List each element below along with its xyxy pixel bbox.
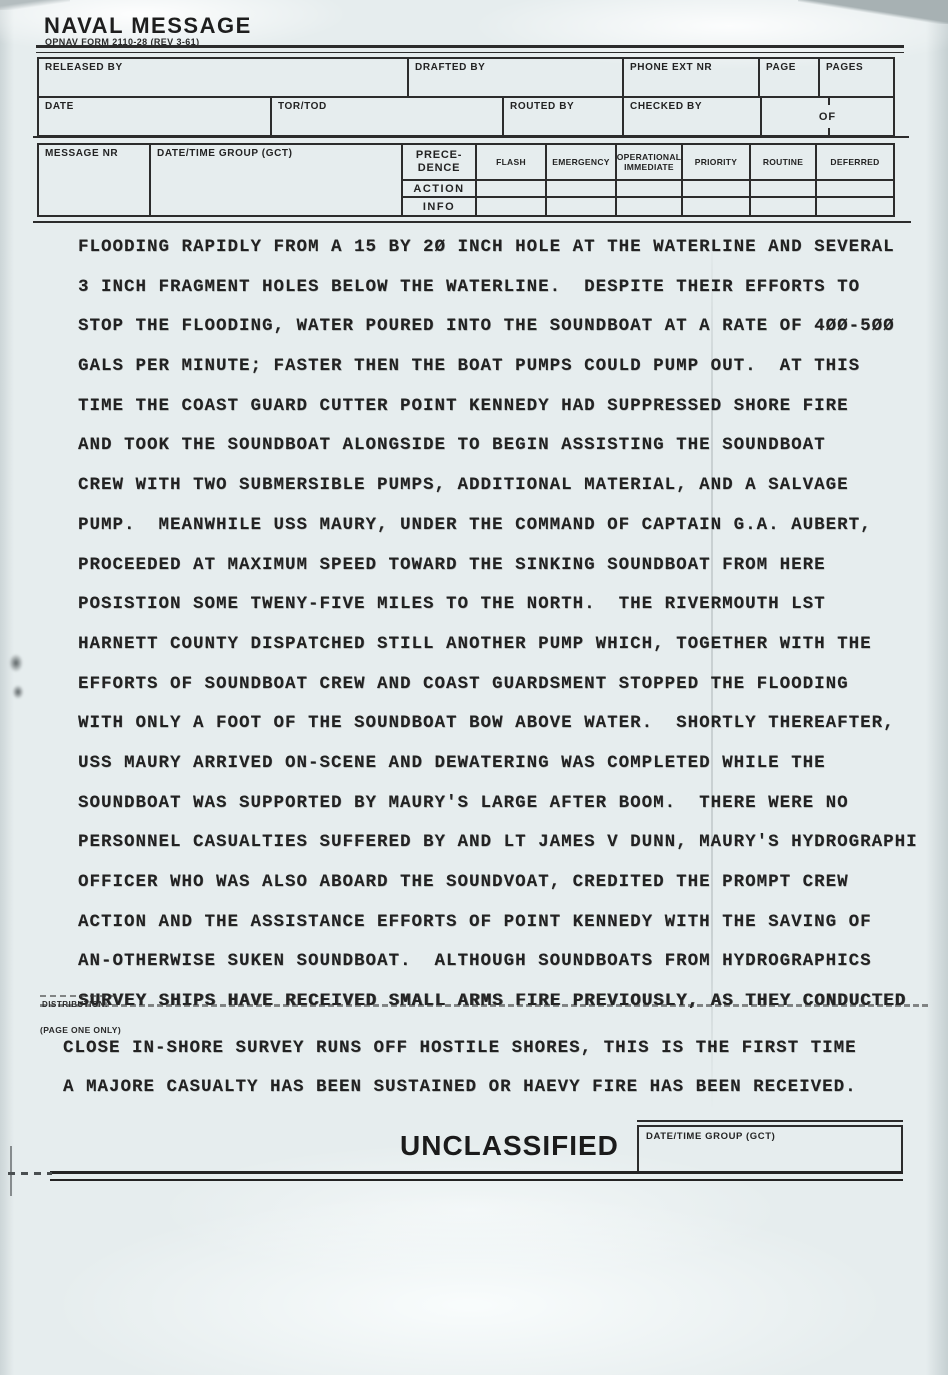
naval-message-scanned-page: NAVAL MESSAGE OPNAV FORM 2110-28 (REV 3-… — [0, 0, 948, 1375]
checkbox-cell — [751, 198, 815, 215]
checkbox-cell — [683, 198, 749, 215]
field-page-of-pages: OF — [762, 98, 893, 135]
message-body: FLOODING RAPIDLY FROM A 15 BY 2Ø INCH HO… — [78, 237, 924, 1117]
checkbox-cell — [547, 181, 615, 198]
field-label: TOR/TOD — [278, 101, 327, 112]
field-label: DRAFTED BY — [415, 62, 485, 73]
field-label: DENCE — [418, 162, 461, 175]
divider-rule — [36, 45, 904, 53]
routing-row-2: DATE TOR/TOD ROUTED BY CHECKED BY OF — [39, 96, 893, 135]
column-flash: FLASH — [477, 145, 547, 215]
message-line: POSISTION SOME TWENY-FIVE MILES TO THE N… — [78, 594, 924, 634]
message-line: WITH ONLY A FOOT OF THE SOUNDBOAT BOW AB… — [78, 713, 924, 753]
field-label: ROUTINE — [763, 157, 803, 167]
routing-table: RELEASED BY DRAFTED BY PHONE EXT NR PAGE… — [37, 57, 895, 137]
checkbox-cell — [751, 181, 815, 198]
message-line: USS MAURY ARRIVED ON-SCENE AND DEWATERIN… — [78, 753, 924, 793]
message-line: GALS PER MINUTE; FASTER THEN THE BOAT PU… — [78, 356, 924, 396]
field-released-by: RELEASED BY — [39, 59, 409, 96]
field-date: DATE — [39, 98, 272, 135]
form-title: NAVAL MESSAGE — [44, 13, 252, 39]
column-deferred: DEFERRED — [817, 145, 893, 215]
ink-smudge — [10, 682, 26, 702]
message-line: SOUNDBOAT WAS SUPPORTED BY MAURY'S LARGE… — [78, 793, 924, 833]
checkbox-cell — [683, 181, 749, 198]
message-line: PROCEEDED AT MAXIMUM SPEED TOWARD THE SI… — [78, 555, 924, 595]
action-row-label: ACTION — [403, 181, 475, 198]
message-line: AN-OTHERWISE SUKEN SOUNDBOAT. ALTHOUGH S… — [78, 951, 924, 991]
message-line: HARNETT COUNTY DISPATCHED STILL ANOTHER … — [78, 634, 924, 674]
field-label: PAGE — [766, 62, 796, 73]
distribution-label: DISTRIBUTION: — [42, 1000, 108, 1009]
field-drafted-by: DRAFTED BY — [409, 59, 624, 96]
field-date-time-group: DATE/TIME GROUP (GCT) — [151, 145, 403, 215]
field-label: ACTION — [413, 183, 464, 195]
page-one-only-label: (PAGE ONE ONLY) — [40, 1025, 121, 1035]
message-line: ACTION AND THE ASSISTANCE EFFORTS OF POI… — [78, 912, 924, 952]
message-line: A MAJORE CASUALTY HAS BEEN SUSTAINED OR … — [63, 1077, 924, 1117]
column-routine: ROUTINE — [751, 145, 817, 215]
info-row-label: INFO — [403, 198, 475, 215]
field-label: FLASH — [496, 157, 526, 167]
field-label: PAGES — [826, 62, 863, 73]
precedence-table: MESSAGE NR DATE/TIME GROUP (GCT) PRECE- … — [37, 143, 895, 217]
message-line: TIME THE COAST GUARD CUTTER POINT KENNED… — [78, 396, 924, 436]
field-message-nr: MESSAGE NR — [39, 145, 151, 215]
checkbox-cell — [477, 198, 545, 215]
field-label: MESSAGE NR — [45, 148, 118, 159]
precedence-column: PRECE- DENCE ACTION INFO — [403, 145, 477, 215]
scan-edge-mark — [10, 1146, 12, 1196]
field-label: OPERATIONAL — [617, 152, 682, 162]
field-label: PHONE EXT NR — [630, 62, 712, 73]
scan-corner-shadow — [798, 0, 948, 24]
bottom-rule — [50, 1171, 903, 1181]
message-line: 3 INCH FRAGMENT HOLES BELOW THE WATERLIN… — [78, 277, 924, 317]
field-label: PRIORITY — [695, 157, 738, 167]
message-line: FLOODING RAPIDLY FROM A 15 BY 2Ø INCH HO… — [78, 237, 924, 277]
checkbox-cell — [477, 181, 545, 198]
field-label: ROUTED BY — [510, 101, 574, 112]
message-line: EFFORTS OF SOUNDBOAT CREW AND COAST GUAR… — [78, 674, 924, 714]
bottom-rule-dashes — [8, 1172, 52, 1175]
field-label: PRECE- — [416, 149, 462, 162]
field-phone-ext-nr: PHONE EXT NR — [624, 59, 760, 96]
divider-rule — [33, 221, 911, 223]
field-label: DATE — [45, 101, 74, 112]
checkbox-cell — [547, 198, 615, 215]
divider-rule — [33, 136, 909, 138]
field-label: CHECKED BY — [630, 101, 702, 112]
field-label: IMMEDIATE — [624, 162, 674, 172]
precedence-header: PRECE- DENCE — [403, 145, 475, 181]
field-page: PAGE — [760, 59, 820, 96]
message-line: OFFICER WHO WAS ALSO ABOARD THE SOUNDVOA… — [78, 872, 924, 912]
field-label: EMERGENCY — [552, 157, 610, 167]
checkbox-cell — [817, 198, 893, 215]
ink-smudge — [6, 650, 26, 676]
routing-row-1: RELEASED BY DRAFTED BY PHONE EXT NR PAGE… — [39, 59, 893, 96]
checkbox-cell — [817, 181, 893, 198]
message-line: CREW WITH TWO SUBMERSIBLE PUMPS, ADDITIO… — [78, 475, 924, 515]
column-priority: PRIORITY — [683, 145, 751, 215]
field-checked-by: CHECKED BY — [624, 98, 762, 135]
field-label: DATE/TIME GROUP (GCT) — [646, 1131, 775, 1142]
field-tor-tod: TOR/TOD — [272, 98, 504, 135]
message-line: AND TOOK THE SOUNDBOAT ALONGSIDE TO BEGI… — [78, 435, 924, 475]
message-line: STOP THE FLOODING, WATER POURED INTO THE… — [78, 316, 924, 356]
field-label: DATE/TIME GROUP (GCT) — [157, 148, 293, 159]
field-label: OF — [819, 111, 836, 123]
field-label: DEFERRED — [830, 157, 879, 167]
checkbox-cell — [617, 198, 681, 215]
message-line: PERSONNEL CASUALTIES SUFFERED BY AND LT … — [78, 832, 924, 872]
classification-stamp: UNCLASSIFIED — [400, 1130, 619, 1162]
message-line: PUMP. MEANWHILE USS MAURY, UNDER THE COM… — [78, 515, 924, 555]
column-emergency: EMERGENCY — [547, 145, 617, 215]
checkbox-cell — [617, 181, 681, 198]
message-line: SURVEY SHIPS HAVE RECEIVED SMALL ARMS FI… — [78, 991, 924, 1031]
column-operational-immediate: OPERATIONAL IMMEDIATE — [617, 145, 683, 215]
scan-corner-shadow — [0, 0, 70, 10]
field-pages: PAGES — [820, 59, 893, 96]
field-label: RELEASED BY — [45, 62, 123, 73]
field-date-time-group-bottom: DATE/TIME GROUP (GCT) — [637, 1125, 903, 1173]
field-routed-by: ROUTED BY — [504, 98, 624, 135]
message-line: CLOSE IN-SHORE SURVEY RUNS OFF HOSTILE S… — [63, 1038, 924, 1078]
field-label: INFO — [423, 201, 455, 213]
